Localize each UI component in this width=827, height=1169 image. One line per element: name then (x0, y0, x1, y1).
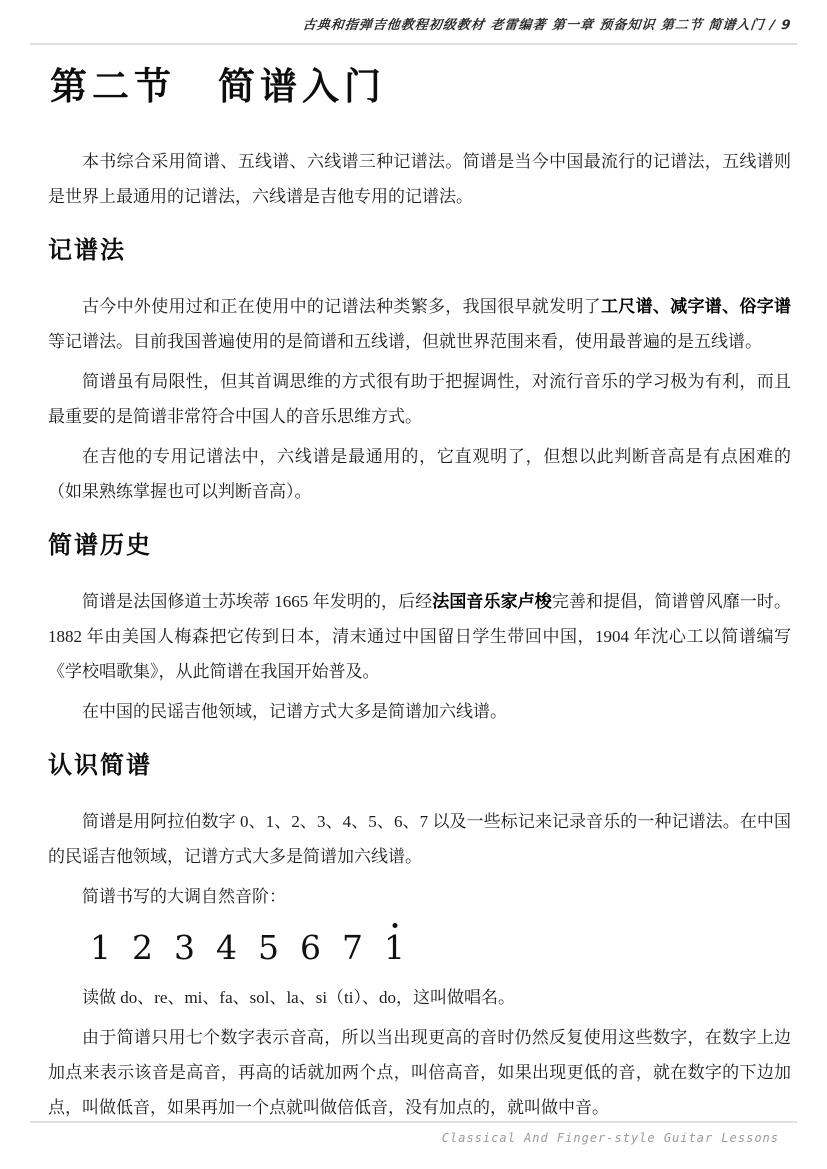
footer-series-title: Classical And Finger-style Guitar Lesson… (442, 1131, 779, 1145)
text-segment: 由于简谱只用七个数字表示音高，所以当出现更高的音时仍然反复使用这些数字，在数字上… (48, 1028, 791, 1117)
page-title: 第二节 简谱入门 (50, 64, 791, 110)
bold-term: 法国音乐家卢梭 (432, 592, 552, 611)
bold-term: 工尺谱、减字谱、俗字谱 (601, 297, 791, 316)
section: 认识简谱简谱是用阿拉伯数字 0、1、2、3、4、5、6、7 以及一些标记来记录音… (48, 750, 791, 1125)
paragraph: 本书综合采用简谱、五线谱、六线谱三种记谱法。简谱是当今中国最流行的记谱法，五线谱… (48, 144, 791, 214)
text-segment: 本书综合采用简谱、五线谱、六线谱三种记谱法。简谱是当今中国最流行的记谱法，五线谱… (48, 152, 791, 206)
text-segment: 古今中外使用过和正在使用中的记谱法种类繁多，我国很早就发明了 (82, 297, 601, 316)
section-heading: 认识简谱 (48, 750, 791, 780)
section: 简谱历史简谱是法国修道士苏埃蒂 1665 年发明的，后经法国音乐家卢梭完善和提倡… (48, 530, 791, 729)
text-segment: 读做 do、re、mi、fa、sol、la、si（ti）、do，这叫做唱名。 (82, 988, 515, 1007)
scale-note: 7 (342, 928, 363, 968)
scale-note: 5 (258, 928, 279, 968)
text-segment: 等记谱法。目前我国普遍使用的是简谱和五线谱，但就世界范围来看，使用最普遍的是五线… (48, 332, 762, 351)
header-divider (30, 43, 797, 45)
intro-block: 本书综合采用简谱、五线谱、六线谱三种记谱法。简谱是当今中国最流行的记谱法，五线谱… (48, 144, 791, 214)
document-page: 古典和指弹吉他教程初级教材 老雷编著 第一章 预备知识 第二节 简谱入门 / 9… (0, 0, 827, 1169)
text-segment: 在中国的民谣吉他领域，记谱方式大多是简谱加六线谱。 (82, 702, 507, 721)
running-header: 古典和指弹吉他教程初级教材 老雷编著 第一章 预备知识 第二节 简谱入门 / 9 (302, 14, 792, 33)
paragraph: 简谱是法国修道士苏埃蒂 1665 年发明的，后经法国音乐家卢梭完善和提倡，简谱曾… (48, 584, 791, 689)
paragraph: 在中国的民谣吉他领域，记谱方式大多是简谱加六线谱。 (48, 694, 791, 729)
scale-note: 2 (132, 928, 153, 968)
paragraph: 简谱书写的大调自然音阶： (48, 879, 791, 914)
text-segment: 简谱书写的大调自然音阶： (82, 887, 286, 906)
page-content: 第二节 简谱入门 本书综合采用简谱、五线谱、六线谱三种记谱法。简谱是当今中国最流… (48, 58, 791, 1130)
text-segment: 简谱是用阿拉伯数字 0、1、2、3、4、5、6、7 以及一些标记来记录音乐的一种… (48, 812, 791, 866)
notation-scale: 12345671 (90, 924, 791, 972)
sections-container: 记谱法古今中外使用过和正在使用中的记谱法种类繁多，我国很早就发明了工尺谱、减字谱… (48, 235, 791, 1125)
paragraph: 简谱虽有局限性，但其首调思维的方式很有助于把握调性，对流行音乐的学习极为有利，而… (48, 364, 791, 434)
octave-dot-icon (392, 923, 397, 928)
scale-note-high: 1 (384, 928, 405, 968)
section: 记谱法古今中外使用过和正在使用中的记谱法种类繁多，我国很早就发明了工尺谱、减字谱… (48, 235, 791, 509)
section-heading: 简谱历史 (48, 530, 791, 560)
paragraph: 在吉他的专用记谱法中，六线谱是最通用的，它直观明了，但想以此判断音高是有点困难的… (48, 439, 791, 509)
scale-note: 1 (90, 928, 111, 968)
scale-note: 3 (174, 928, 195, 968)
text-segment: 简谱是法国修道士苏埃蒂 1665 年发明的，后经 (82, 592, 432, 611)
section-heading: 记谱法 (48, 235, 791, 265)
scale-note: 6 (300, 928, 321, 968)
scale-note: 4 (216, 928, 237, 968)
paragraph: 简谱是用阿拉伯数字 0、1、2、3、4、5、6、7 以及一些标记来记录音乐的一种… (48, 804, 791, 874)
footer-divider (30, 1121, 797, 1123)
text-segment: 在吉他的专用记谱法中，六线谱是最通用的，它直观明了，但想以此判断音高是有点困难的… (48, 447, 791, 501)
paragraph: 读做 do、re、mi、fa、sol、la、si（ti）、do，这叫做唱名。 (48, 980, 791, 1015)
paragraph: 古今中外使用过和正在使用中的记谱法种类繁多，我国很早就发明了工尺谱、减字谱、俗字… (48, 289, 791, 359)
paragraph: 由于简谱只用七个数字表示音高，所以当出现更高的音时仍然反复使用这些数字，在数字上… (48, 1020, 791, 1125)
text-segment: 简谱虽有局限性，但其首调思维的方式很有助于把握调性，对流行音乐的学习极为有利，而… (48, 372, 791, 426)
